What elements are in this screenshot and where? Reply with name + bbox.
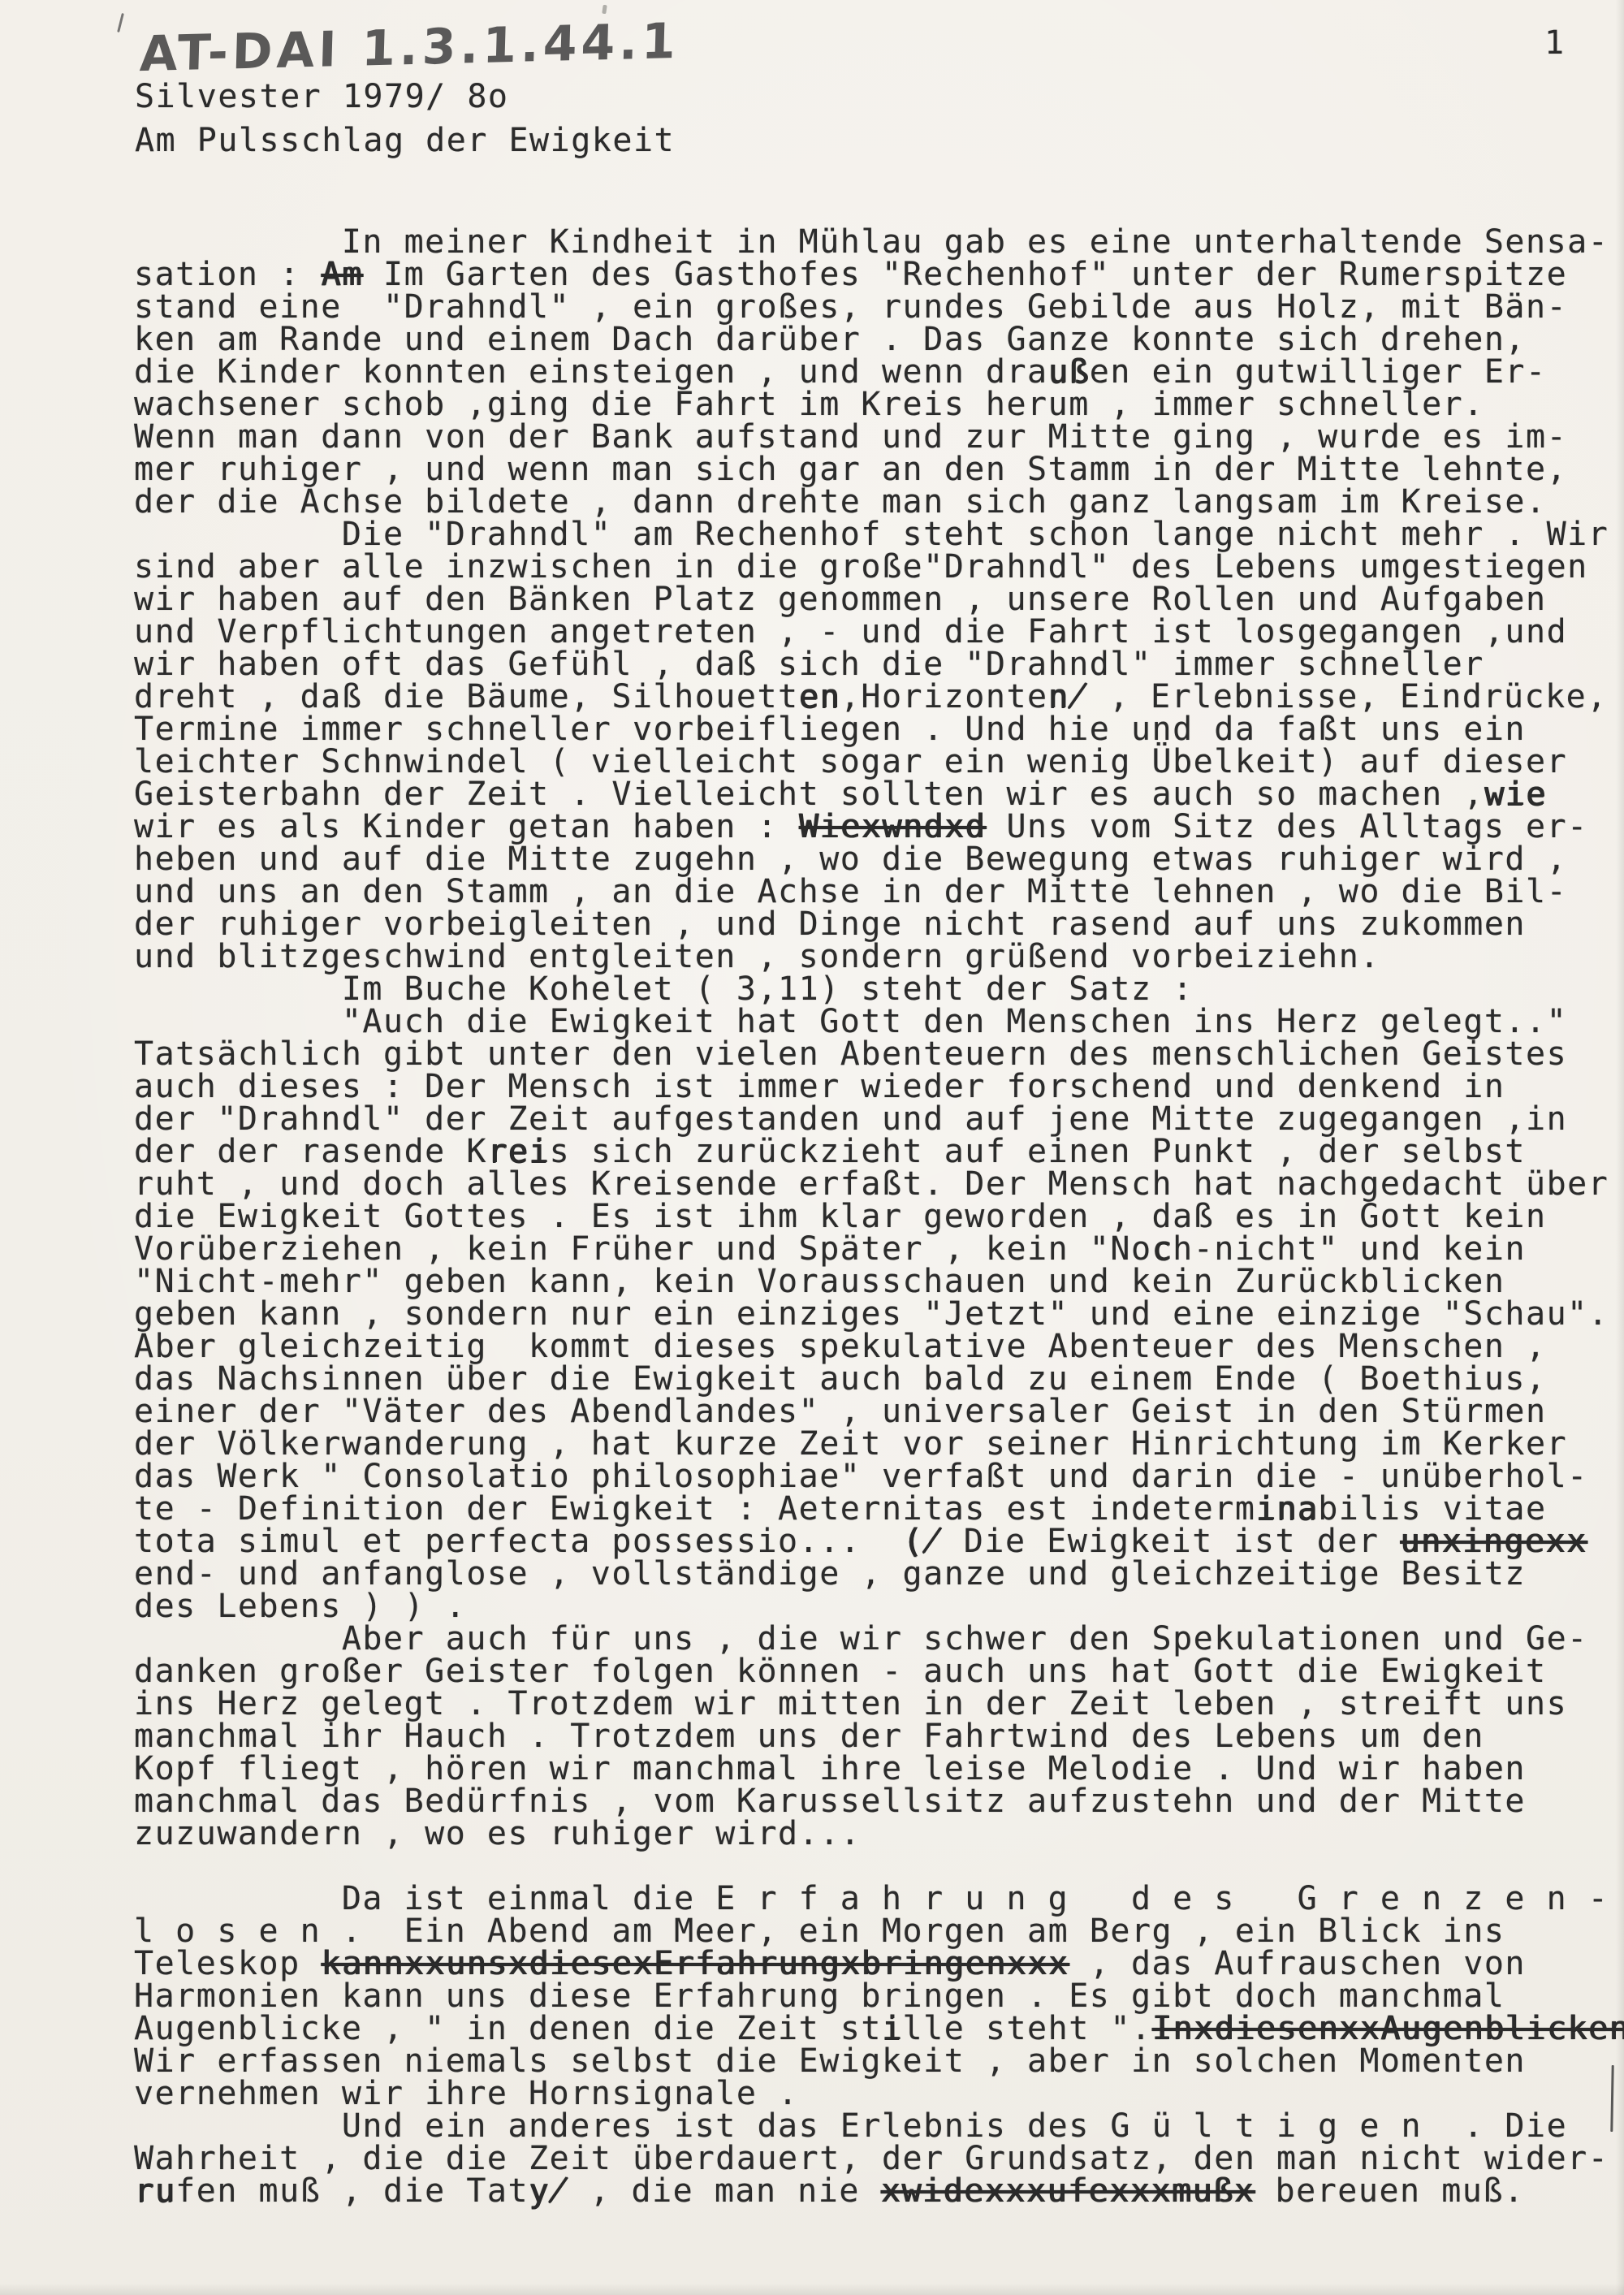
typescript-line: der die Achse bildete , dann drehte man … [134, 486, 1624, 518]
typescript-line: die Kinder konnten einsteigen , und wenn… [134, 356, 1624, 388]
typescript-line: Teleskop kannxxunsxdiesexErfahrungxbring… [134, 1947, 1624, 1980]
typescript-line: auch dieses : Der Mensch ist immer wiede… [134, 1070, 1624, 1103]
typescript-line [134, 1850, 1624, 1882]
typescript-line: Termine immer schneller vorbeifliegen . … [134, 713, 1624, 746]
typescript-line: und blitzgeschwind entgleiten , sondern … [134, 940, 1624, 973]
typescript-line: Im Buche Kohelet ( 3,11) steht der Satz … [134, 973, 1624, 1005]
scan-edge-shadow [1616, 0, 1624, 2295]
typescript-line: manchmal das Bedürfnis , vom Karussellsi… [134, 1785, 1624, 1817]
typescript-line: Geisterbahn der Zeit . Vielleicht sollte… [134, 778, 1624, 810]
typescript-line: sind aber alle inzwischen in die große"D… [134, 551, 1624, 583]
scan-bottom-shadow [0, 2284, 1624, 2295]
scan-speck-artifact [602, 5, 607, 15]
typescript-line: Da ist einmal die E r f a h r u n g d e … [134, 1882, 1624, 1915]
typescript-line: vernehmen wir ihre Hornsignale . [134, 2077, 1624, 2110]
typescript-line: ins Herz gelegt . Trotzdem wir mitten in… [134, 1688, 1624, 1720]
typescript-line: rufen muß , die Taty̸ , die man nie xwid… [134, 2175, 1624, 2207]
typescript-line: end- und anfanglose , vollständige , gan… [134, 1558, 1624, 1590]
document-title: Am Pulsschlag der Ewigkeit [135, 122, 675, 159]
typescript-line: der Völkerwanderung , hat kurze Zeit vor… [134, 1428, 1624, 1460]
typescript-line: wachsener schob ,ging die Fahrt im Kreis… [134, 388, 1624, 421]
typescript-line: der ruhiger vorbeigleiten , und Dinge ni… [134, 908, 1624, 940]
typescript-line: Kopf fliegt , hören wir manchmal ihre le… [134, 1753, 1624, 1785]
scanned-typescript-page: AT-DAI 1.3.1.44.1 1 Silvester 1979/ 8o A… [0, 0, 1624, 2295]
typescript-line: Wenn man dann von der Bank aufstand und … [134, 421, 1624, 453]
typescript-line: Aber auch für uns , die wir schwer den S… [134, 1623, 1624, 1655]
typescript-line: stand eine "Drahndl" , ein großes, runde… [134, 291, 1624, 323]
typescript-line: geben kann , sondern nur ein einziges "J… [134, 1298, 1624, 1330]
page-number: 1 [1544, 24, 1566, 62]
typescript-line: der "Drahndl" der Zeit aufgestanden und … [134, 1103, 1624, 1135]
typescript-line: zuzuwandern , wo es ruhiger wird... [134, 1817, 1624, 1850]
typescript-line: und Verpflichtungen angetreten , - und d… [134, 616, 1624, 648]
typescript-line: Vorüberziehen , kein Früher und Später ,… [134, 1233, 1624, 1265]
typescript-line: danken großer Geister folgen können - au… [134, 1655, 1624, 1688]
typescript-line: manchmal ihr Hauch . Trotzdem uns der Fa… [134, 1720, 1624, 1753]
typescript-line: wir haben oft das Gefühl , daß sich die … [134, 648, 1624, 681]
typescript-line: Tatsächlich gibt unter den vielen Abente… [134, 1038, 1624, 1070]
typescript-line: das Werk " Consolatio philosophiae" verf… [134, 1460, 1624, 1493]
typescript-body: In meiner Kindheit in Mühlau gab es eine… [134, 226, 1624, 2207]
typescript-line: tota simul et perfecta possessio... (̸ D… [134, 1525, 1624, 1558]
typescript-line: wir es als Kinder getan haben : Wiexwndx… [134, 810, 1624, 843]
date-line: Silvester 1979/ 8o [135, 78, 508, 115]
typescript-line: des Lebens ) ) . [134, 1590, 1624, 1623]
typescript-line: und uns an den Stamm , an die Achse in d… [134, 875, 1624, 908]
typescript-line: In meiner Kindheit in Mühlau gab es eine… [134, 226, 1624, 258]
typescript-line: Augenblicke , " in denen die Zeit stille… [134, 2012, 1624, 2045]
typescript-line: Und ein anderes ist das Erlebnis des G ü… [134, 2110, 1624, 2142]
typescript-line: Wir erfassen niemals selbst die Ewigkeit… [134, 2045, 1624, 2077]
struck-out-text: xwidexxxufexxxmußx [880, 2172, 1254, 2210]
typescript-line: heben und auf die Mitte zugehn , wo die … [134, 843, 1624, 875]
typescript-line: mer ruhiger , und wenn man sich gar an d… [134, 453, 1624, 486]
typescript-text: , die man nie [569, 2172, 881, 2210]
archive-annotation-handwritten: AT-DAI 1.3.1.44.1 [139, 13, 680, 83]
overtyped-text: y̸ [529, 2172, 569, 2210]
typescript-text: fen muß , die Tat [175, 2172, 529, 2210]
typescript-line: "Nicht-mehr" geben kann, kein Vorausscha… [134, 1265, 1624, 1298]
typescript-line: einer der "Väter des Abendlandes" , univ… [134, 1395, 1624, 1428]
typescript-line: Wahrheit , die die Zeit überdauert, der … [134, 2142, 1624, 2175]
typescript-line: das Nachsinnen über die Ewigkeit auch ba… [134, 1363, 1624, 1395]
typescript-line: Die "Drahndl" am Rechenhof steht schon l… [134, 518, 1624, 551]
typescript-text: zuzuwandern , wo es ruhiger wird... [134, 1815, 861, 1852]
typescript-line: leichter Schnwindel ( vielleicht sogar e… [134, 746, 1624, 778]
pencil-tick-artifact [117, 13, 124, 32]
typescript-line: "Auch die Ewigkeit hat Gott den Menschen… [134, 1005, 1624, 1038]
typescript-line: der der rasende Kreis sich zurückzieht a… [134, 1135, 1624, 1168]
typescript-text: bereuen muß. [1255, 2172, 1525, 2210]
typescript-line: te - Definition der Ewigkeit : Aeternita… [134, 1493, 1624, 1525]
overtyped-text: ru [134, 2172, 175, 2210]
typescript-line: dreht , daß die Bäume, Silhouetten,Horiz… [134, 681, 1624, 713]
typescript-line: ken am Rande und einem Dach darüber . Da… [134, 323, 1624, 356]
typescript-line: Harmonien kann uns diese Erfahrung bring… [134, 1980, 1624, 2012]
typescript-line: l o s e n . Ein Abend am Meer, ein Morge… [134, 1915, 1624, 1947]
typescript-line: Aber gleichzeitig kommt dieses spekulati… [134, 1330, 1624, 1363]
typescript-line: sation : Am Im Garten des Gasthofes "Rec… [134, 258, 1624, 291]
typescript-line: ruht , und doch alles Kreisende erfaßt. … [134, 1168, 1624, 1200]
typescript-line: wir haben auf den Bänken Platz genommen … [134, 583, 1624, 616]
typescript-line: die Ewigkeit Gottes . Es ist ihm klar ge… [134, 1200, 1624, 1233]
